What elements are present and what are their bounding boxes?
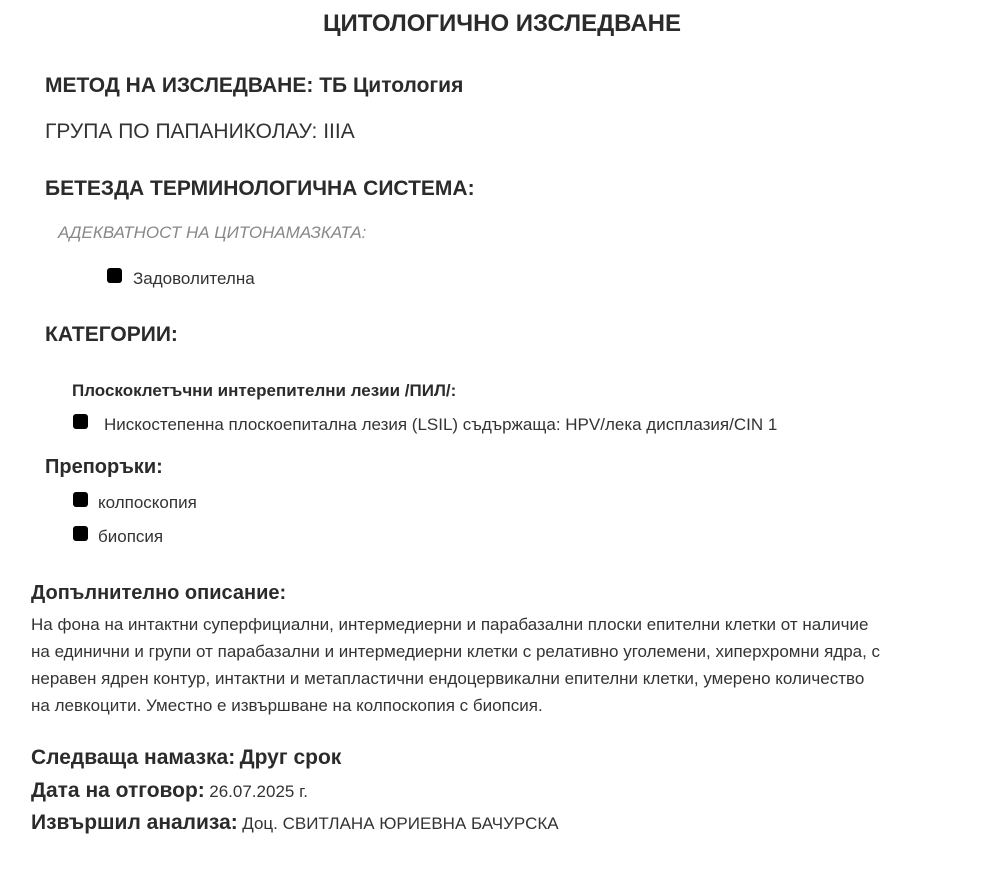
recommendation-item-text: биопсия [98, 527, 163, 547]
papanicolaou-value: IIIA [323, 120, 355, 143]
answer-date-line: Дата на отговор: 26.07.2025 г. [31, 779, 308, 803]
description-line: неравен ядрен контур, интактни и метапла… [31, 665, 991, 692]
answer-date-label: Дата на отговор: [31, 779, 205, 802]
next-smear-value: Друг срок [240, 746, 342, 769]
description-line: на единични и групи от парабазални и инт… [31, 638, 991, 665]
performed-by-value: Доц. СВИТЛАНА ЮРИЕВНА БАЧУРСКА [242, 814, 558, 833]
square-bullet-icon [73, 414, 88, 429]
description-heading: Допълнително описание: [31, 582, 286, 605]
method-label: МЕТОД НА ИЗСЛЕДВАНЕ: [45, 74, 313, 97]
adequacy-label: АДЕКВАТНОСТ НА ЦИТОНАМАЗКАТА: [58, 223, 366, 243]
square-bullet-icon [73, 526, 88, 541]
description-line: На фона на интактни суперфициални, интер… [31, 611, 991, 638]
report-title: ЦИТОЛОГИЧНО ИЗСЛЕДВАНЕ [0, 10, 1004, 38]
method-line: МЕТОД НА ИЗСЛЕДВАНЕ: ТБ Цитология [45, 74, 463, 98]
adequacy-item-text: Задоволителна [133, 269, 255, 289]
categories-heading: КАТЕГОРИИ: [45, 323, 178, 347]
square-bullet-icon [73, 492, 88, 507]
next-smear-line: Следваща намазка: Друг срок [31, 746, 341, 770]
papanicolaou-label: ГРУПА ПО ПАПАНИКОЛАУ: [45, 120, 317, 143]
performed-by-line: Извършил анализа: Доц. СВИТЛАНА ЮРИЕВНА … [31, 811, 559, 835]
description-line: на левкоцити. Уместно е извършване на ко… [31, 692, 991, 719]
recommendations-heading: Препоръки: [45, 456, 163, 479]
performed-by-label: Извършил анализа: [31, 811, 238, 834]
categories-subheading: Плоскоклетъчни интерепителни лезии /ПИЛ/… [72, 381, 456, 401]
description-body: На фона на интактни суперфициални, интер… [31, 611, 991, 719]
method-value: ТБ Цитология [319, 74, 463, 97]
square-bullet-icon [107, 268, 122, 283]
category-item-text: Нискостепенна плоскоепитална лезия (LSIL… [104, 415, 777, 435]
bethesda-heading: БЕТЕЗДА ТЕРМИНОЛОГИЧНА СИСТЕМА: [45, 177, 475, 201]
answer-date-value: 26.07.2025 г. [209, 782, 308, 801]
papanicolaou-line: ГРУПА ПО ПАПАНИКОЛАУ: IIIA [45, 120, 355, 144]
recommendation-item-text: колпоскопия [98, 493, 197, 513]
next-smear-label: Следваща намазка: [31, 746, 235, 769]
